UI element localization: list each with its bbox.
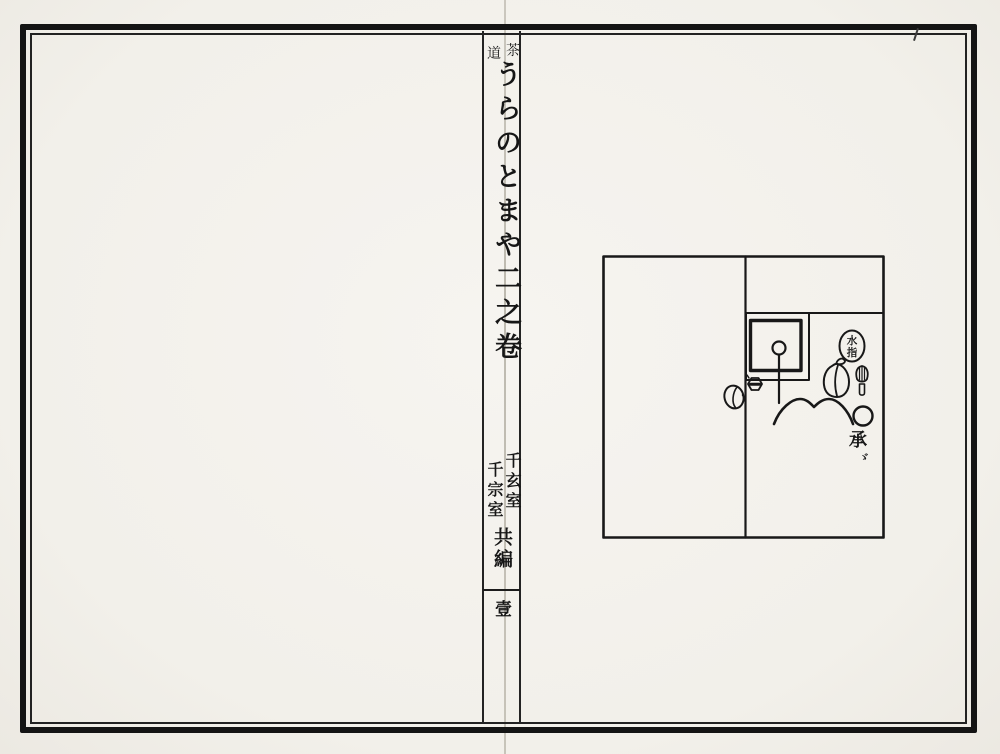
water-jar-label-char2: 指 xyxy=(847,346,858,359)
series-title-char-right: 茶 xyxy=(506,40,520,60)
waste-water-circle xyxy=(854,407,873,426)
author-name-right: 千玄室 xyxy=(503,452,519,512)
tea-whisk-handle xyxy=(860,384,865,395)
lid-rest-tick xyxy=(747,375,749,378)
scanned-book-page: 茶 道 うらのとまや二之卷 千玄室 千宗室 共編 壹 xyxy=(0,0,1000,754)
volume-title: うらのとまや二之卷 xyxy=(485,60,519,382)
double-hump-curve xyxy=(774,399,853,424)
kensui-label-mark: ゞ xyxy=(859,452,870,464)
tea-room-plan-diagram: 水 指 承 ゞ xyxy=(598,248,890,544)
folio-number: 壹 xyxy=(493,600,510,617)
author-name-left: 千宗室 xyxy=(485,461,501,521)
water-jar-label-char1: 水 xyxy=(847,334,858,347)
kensui-label-char: 承 xyxy=(849,430,867,450)
tea-caddy-inner-curve xyxy=(835,365,838,396)
folio-divider-rule xyxy=(483,589,520,591)
spine-column-left-rule xyxy=(482,31,484,723)
tea-bowl-inner-arc xyxy=(733,387,737,408)
kettle-circle xyxy=(773,342,786,355)
editor-credit: 共編 xyxy=(492,527,511,571)
hearth-inner-square xyxy=(751,321,802,371)
